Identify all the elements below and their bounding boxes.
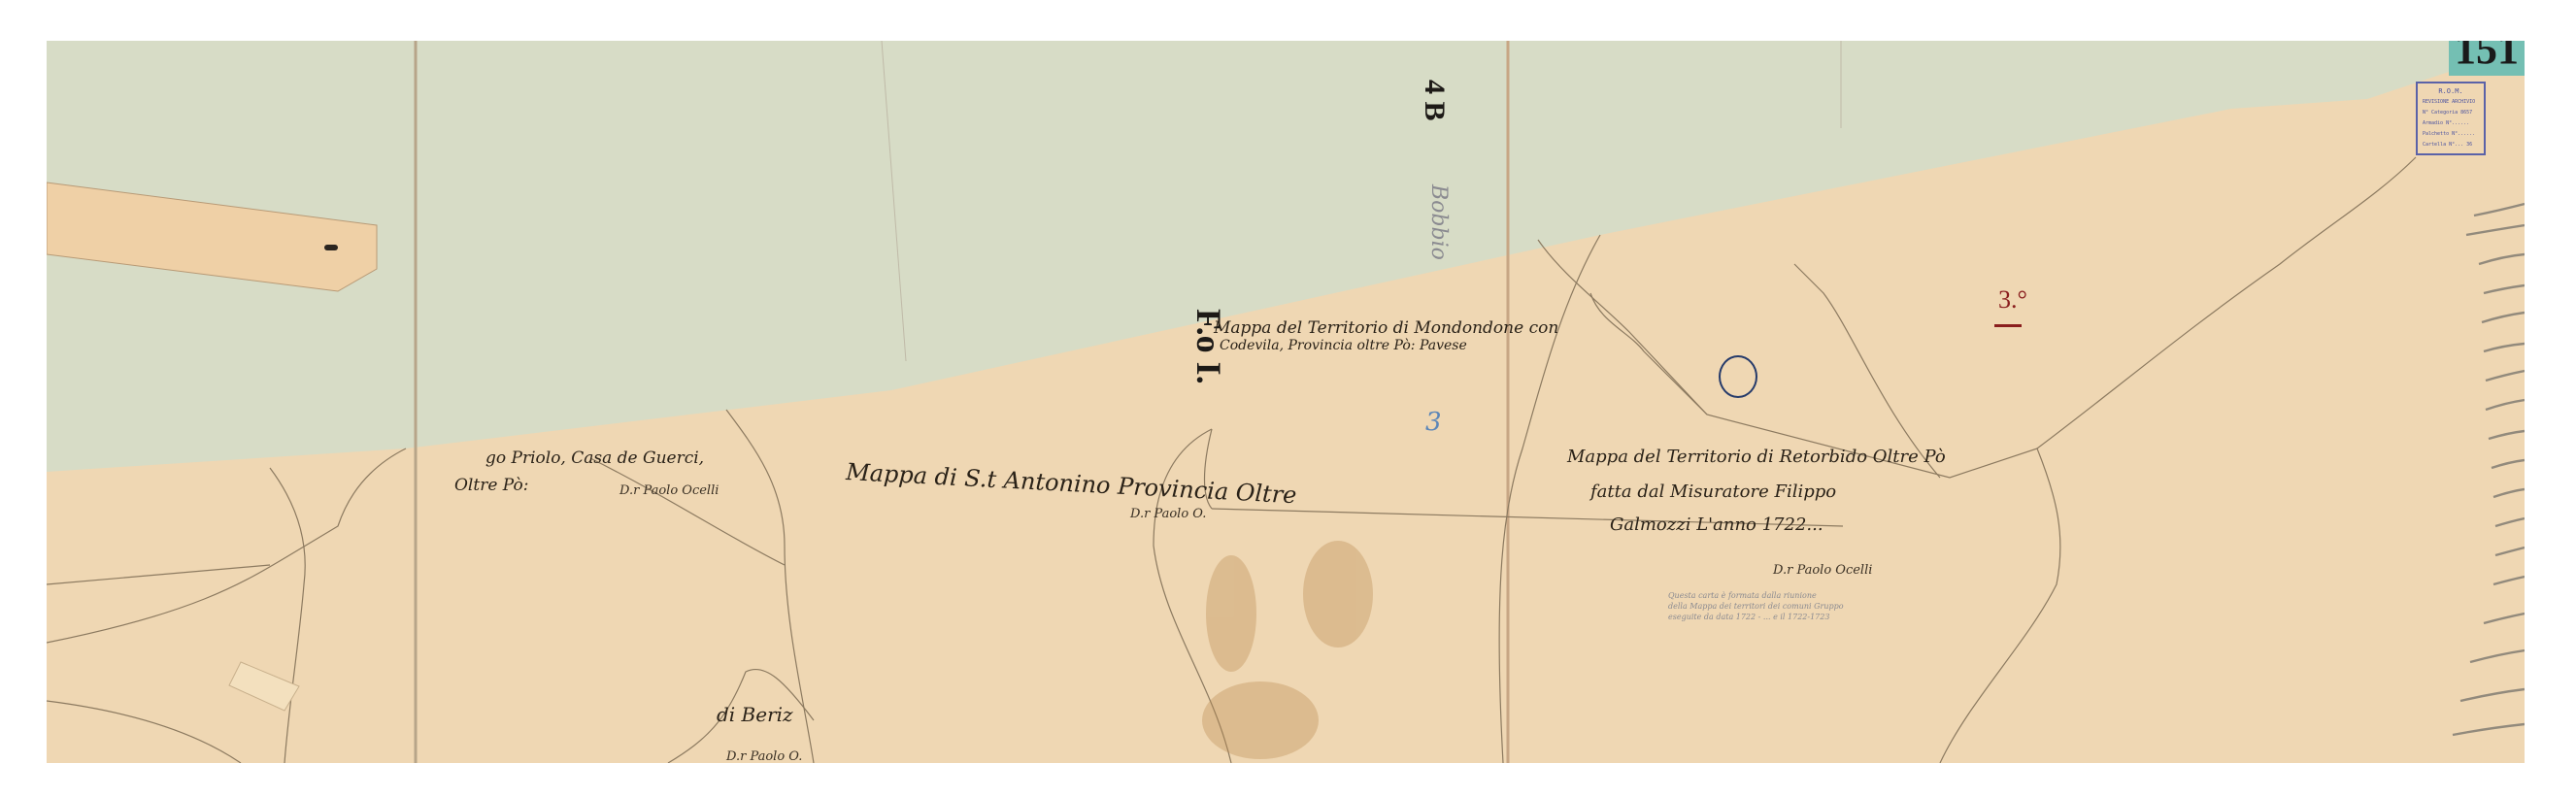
signature: D.r Paolo O. [726,749,802,763]
section-mark: 4 B [1418,80,1451,121]
stamp-line: N° Categoria 8657 [2423,108,2479,118]
seal-icon: SEAL [1719,355,1757,398]
signature: D.r Paolo Ocelli [1773,563,1872,578]
stamp-line: REVISIONE ARCHIVIO [2423,97,2479,108]
red-underline [1994,324,2022,327]
label-beriz: di Beriz [717,703,793,726]
pencil-note-line: eseguite da data 1722 - ... e il 1722-17… [1668,612,1844,622]
title-mondondone-1: Mappa del Territorio di Mondondone con [1214,318,1558,338]
stamp-line: Palchetto N°...... [2423,129,2479,140]
signature: D.r Paolo O. [1130,507,1206,521]
title-priolo-2: Oltre Pò: [454,476,529,495]
archive-stamp: R.O.M. REVISIONE ARCHIVIO N° Categoria 8… [2416,82,2486,155]
stamp-line: Armadio N°...... [2423,118,2479,129]
title-retorbido-2: fatta dal Misuratore Filippo [1590,482,1836,502]
map-sheet: 151 R.O.M. REVISIONE ARCHIVIO N° Categor… [47,41,2525,763]
pencil-note-line: della Mappa dei territori dei comuni Gru… [1668,601,1844,612]
title-priolo-1: go Priolo, Casa de Guerci, [485,448,704,468]
sheet-number-label: 151 [2449,41,2525,76]
title-mondondone-2: Codevila, Provincia oltre Pò: Pavese [1220,338,1467,353]
title-retorbido-1: Mappa del Territorio di Retorbido Oltre … [1567,447,1946,467]
ink-blot [324,245,338,250]
red-parcel-number: 3.° [1998,285,2027,315]
stamp-line: Cartella N°... 36 [2423,140,2479,150]
map-base-drawing [47,41,2525,763]
pencil-place-note: Bobbio [1426,184,1451,260]
blue-pencil-number: 3 [1425,408,1442,437]
stamp-line: R.O.M. [2423,86,2479,97]
pencil-note: Questa carta è formata dalla riunione de… [1668,590,1844,622]
pencil-note-line: Questa carta è formata dalla riunione [1668,590,1844,601]
signature: D.r Paolo Ocelli [619,483,719,498]
title-retorbido-3: Galmozzi L'anno 1722... [1610,515,1823,535]
